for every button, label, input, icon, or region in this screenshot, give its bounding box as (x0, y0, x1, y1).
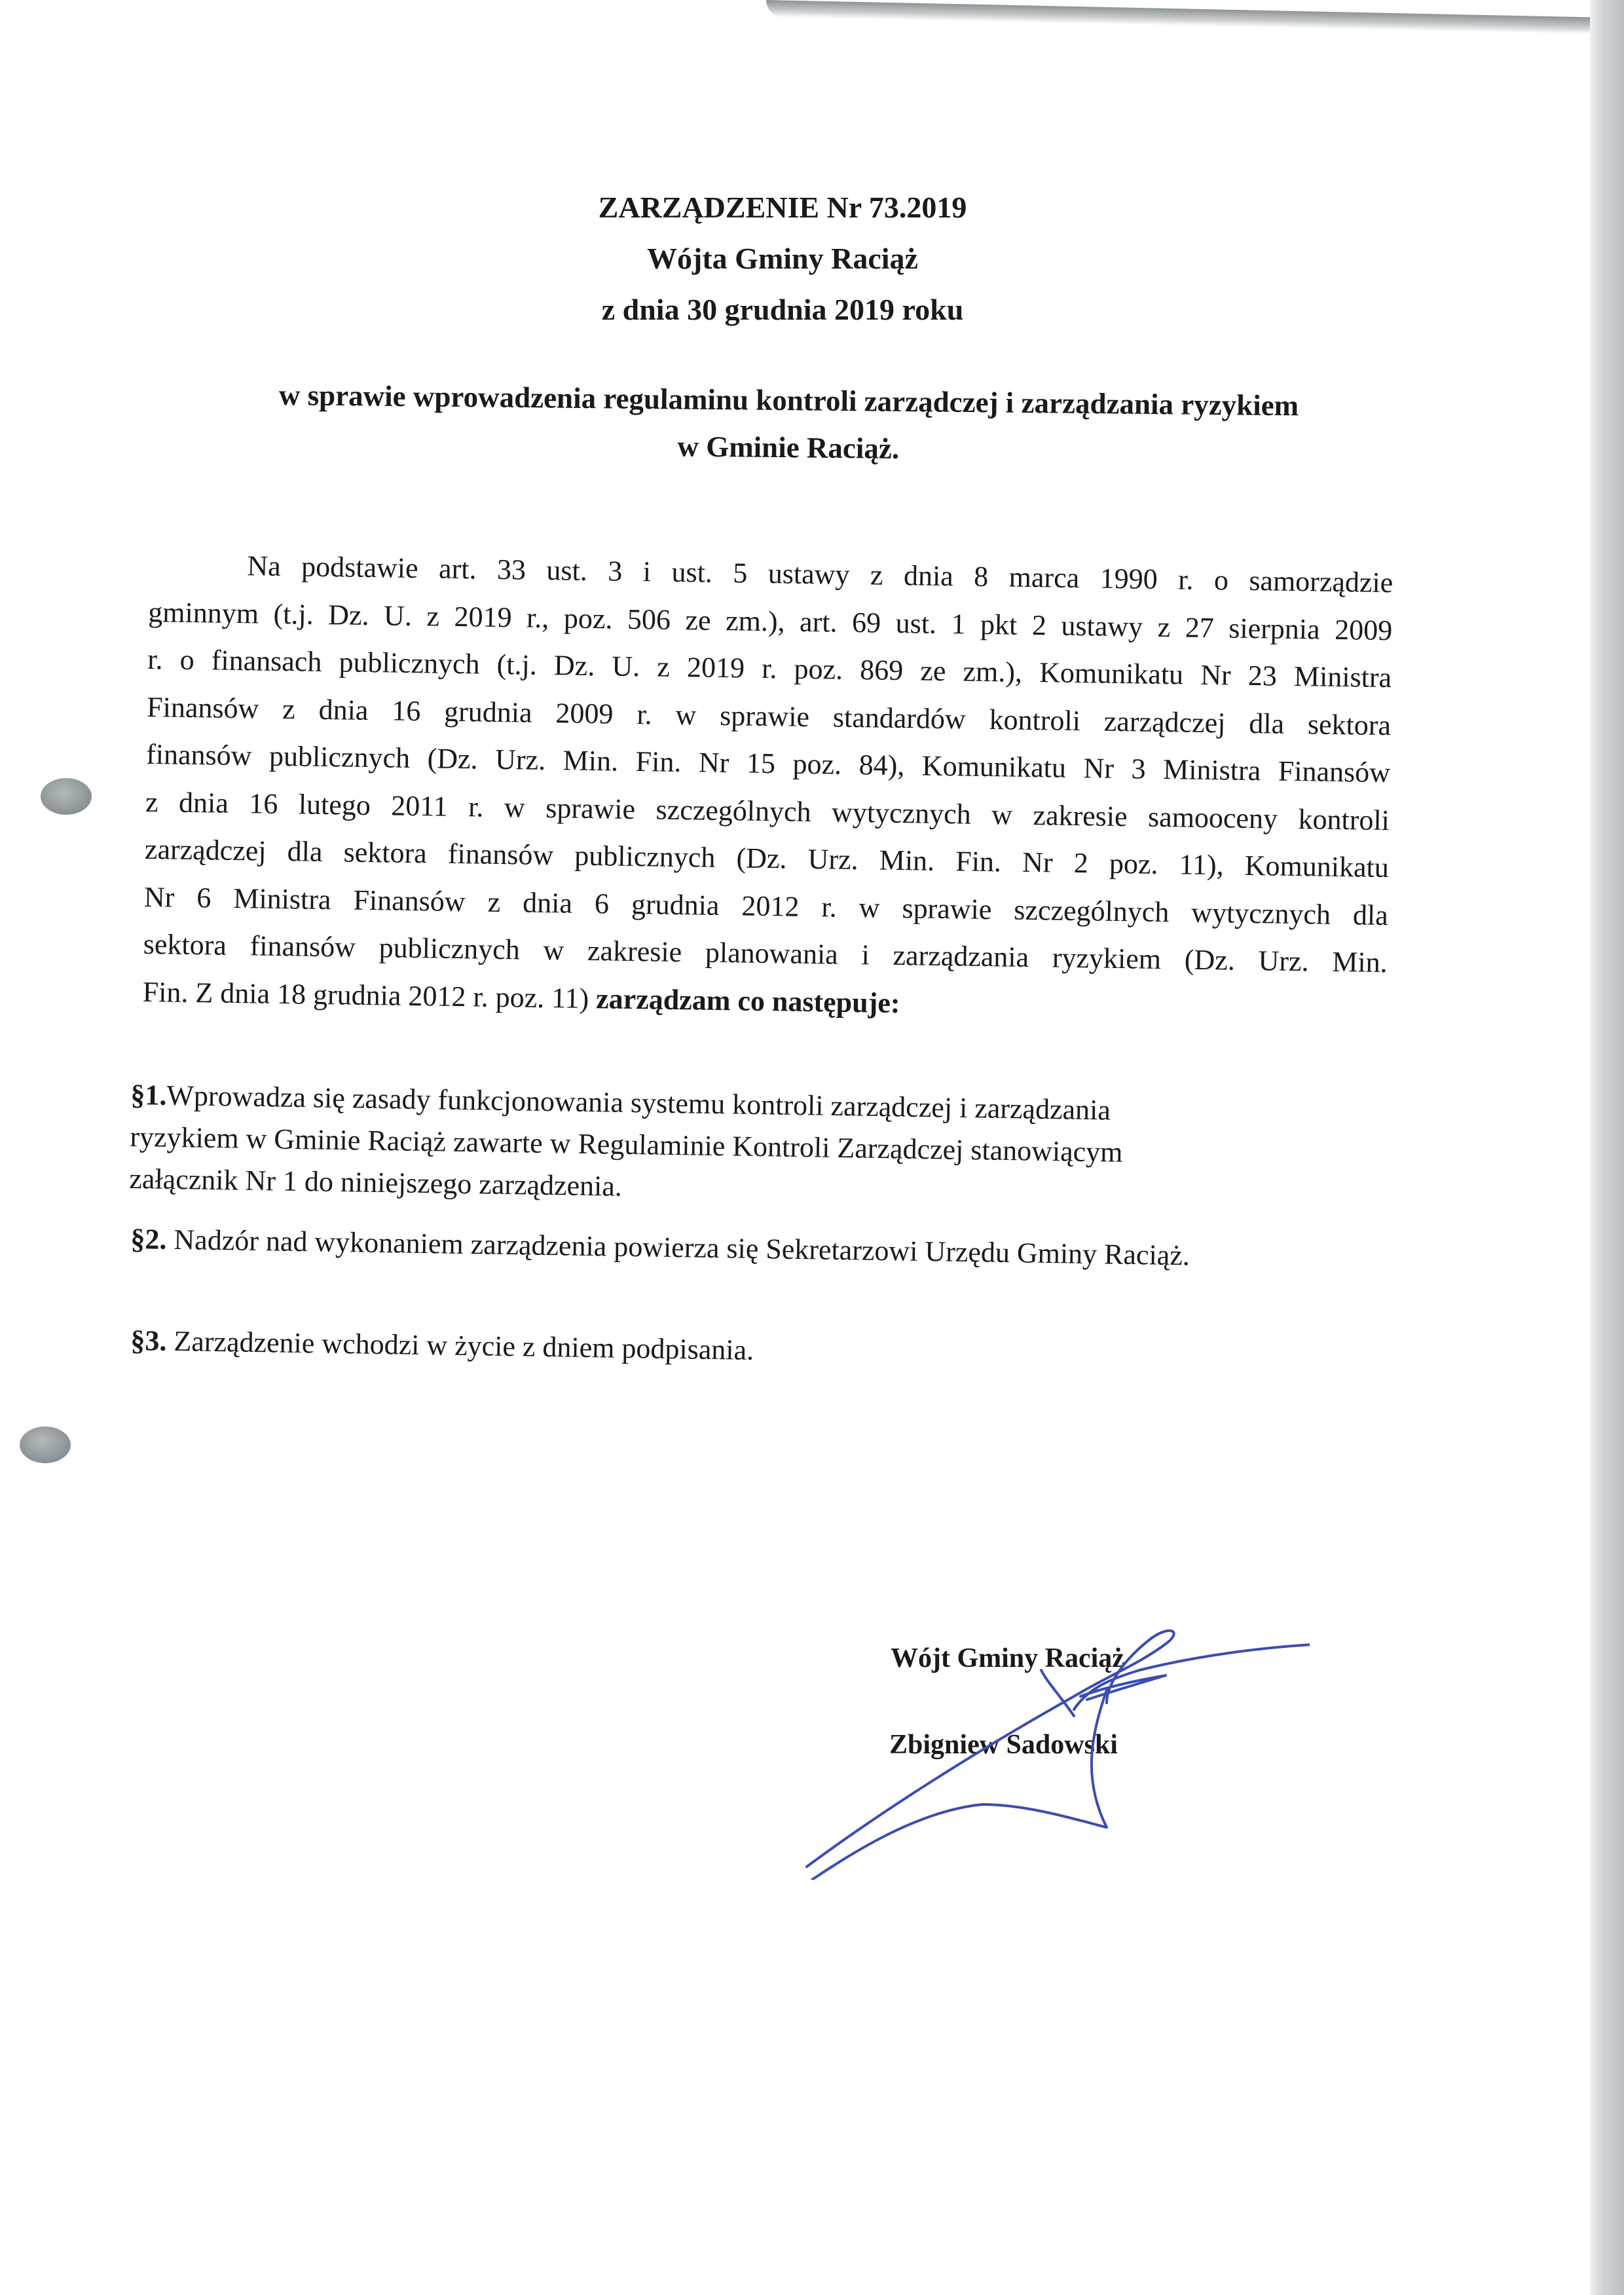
section-line: ryzykiem w Gminie Raciąż zawarte w Regul… (130, 1121, 1123, 1168)
section-mark: §3. (130, 1324, 167, 1357)
document-issuer: Wójta Gminy Raciąż (0, 241, 1565, 276)
section-line: załącznik Nr 1 do niniejszego zarządzeni… (129, 1163, 622, 1203)
document-date: z dnia 30 grudnia 2019 roku (0, 292, 1565, 327)
section-3: §3. Zarządzenie wchodzi w życie z dniem … (130, 1320, 1297, 1380)
handwritten-signature-icon (799, 1618, 1310, 1880)
document-title: ZARZĄDZENIE Nr 73.2019 (0, 190, 1565, 225)
section-line: Zarządzenie wchodzi w życie z dniem podp… (166, 1325, 754, 1366)
scan-right-edge (1590, 0, 1624, 2295)
section-1: §1.Wprowadza się zasady funkcjonowania s… (129, 1074, 1297, 1218)
section-line: Wprowadza się zasady funkcjonowania syst… (166, 1079, 1111, 1127)
preamble-closing: zarządzam co następuje: (596, 982, 900, 1019)
section-mark: §2. (130, 1223, 167, 1256)
scan-top-edge-shadow (766, 0, 1591, 34)
preamble: Na podstawie art. 33 ust. 3 i ust. 5 ust… (142, 541, 1393, 1034)
section-mark: §1. (130, 1079, 167, 1111)
section-line: Nadzór nad wykonaniem zarządzenia powier… (166, 1223, 1190, 1272)
document-subject: w sprawie wprowadzenia regulaminu kontro… (215, 371, 1361, 477)
section-2: §2. Nadzór nad wykonaniem zarządzenia po… (130, 1218, 1441, 1280)
punch-hole-icon (41, 778, 92, 815)
punch-hole-icon (20, 1427, 71, 1463)
